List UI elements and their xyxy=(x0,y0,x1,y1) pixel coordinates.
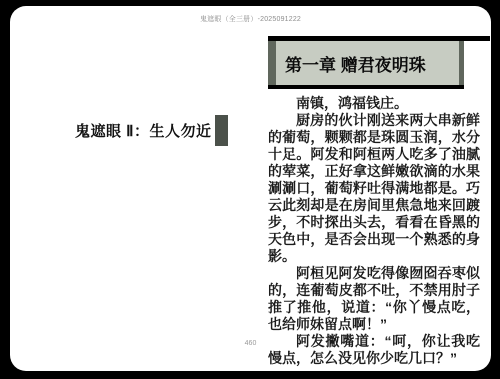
chapter-banner-left-accent xyxy=(268,41,276,85)
chapter-banner-right-accent xyxy=(459,41,464,85)
device-frame: { "header": { "book_title": "鬼遮眼（全三册）-20… xyxy=(0,0,500,379)
body-text: 南镇，鸿福钱庄。 厨房的伙计刚送来两大串新鲜的葡萄，颗颗都是珠圆玉润，水分十足。… xyxy=(268,95,480,367)
paragraph: 南镇，鸿福钱庄。 xyxy=(268,95,480,112)
paragraph: 阿桓见阿发吃得像囫囵吞枣似的，连葡萄皮都不吐，不禁用肘子推了推他，说道：“你丫慢… xyxy=(268,265,480,333)
reader-page[interactable]: 鬼遮眼（全三册）-2025091222 鬼遮眼 Ⅱ：生人勿近 第一章 赠君夜明珠… xyxy=(10,6,491,371)
left-page-title-row: 鬼遮眼 Ⅱ：生人勿近 xyxy=(75,113,228,147)
paragraph: 厨房的伙计刚送来两大串新鲜的葡萄，颗颗都是珠圆玉润，水分十足。阿发和阿桓两人吃多… xyxy=(268,112,480,265)
chapter-title: 第一章 赠君夜明珠 xyxy=(285,51,426,76)
cursor-block xyxy=(215,115,228,146)
page-number: 460 xyxy=(10,340,491,347)
series-title: 鬼遮眼 Ⅱ：生人勿近 xyxy=(75,120,212,141)
chapter-banner-bottom-bar xyxy=(268,85,464,89)
chapter-banner: 第一章 赠君夜明珠 xyxy=(268,41,464,85)
paragraph: 阿发撇嘴道：“呵，你让我吃慢点，怎么没见你少吃几口？” xyxy=(268,333,480,367)
book-header-title: 鬼遮眼（全三册）-2025091222 xyxy=(10,14,491,24)
